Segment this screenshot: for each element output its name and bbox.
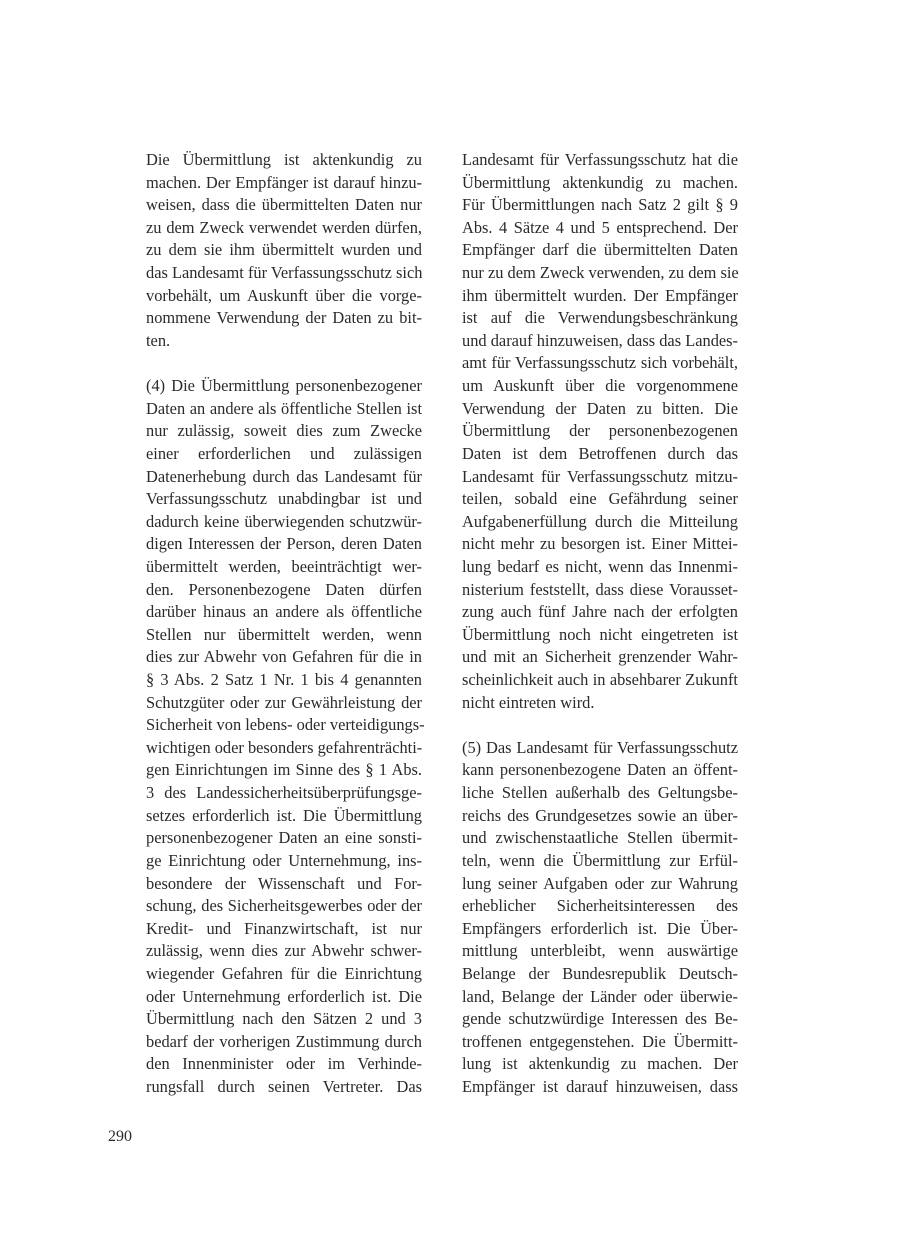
text-line: Datenerhebung durch das Landesamt für bbox=[146, 466, 422, 489]
text-line: Für Übermittlungen nach Satz 2 gilt § 9 bbox=[462, 194, 738, 217]
text-line: Sicherheit von lebens- oder verteidigung… bbox=[146, 714, 422, 737]
text-line: land, Belange der Länder oder überwie- bbox=[462, 986, 738, 1009]
text-line: Aufgabenerfüllung durch die Mitteilung bbox=[462, 511, 738, 534]
text-line: schung, des Sicherheitsgewerbes oder der bbox=[146, 895, 422, 918]
text-line: (4) Die Übermittlung personenbezogener bbox=[146, 375, 422, 398]
text-line: 3 des Landessicherheitsüberprüfungsge- bbox=[146, 782, 422, 805]
text-line: § 3 Abs. 2 Satz 1 Nr. 1 bis 4 genannten bbox=[146, 669, 422, 692]
page-number: 290 bbox=[108, 1128, 132, 1146]
text-line: Übermittlung aktenkundig zu machen. bbox=[462, 172, 738, 195]
text-line: digen Interessen der Person, deren Daten bbox=[146, 533, 422, 556]
paragraph: (5) Das Landesamt für Verfassungsschutzk… bbox=[462, 737, 738, 1099]
paragraph: Landesamt für Verfassungsschutz hat dieÜ… bbox=[462, 149, 738, 714]
text-line: besondere der Wissenschaft und For- bbox=[146, 873, 422, 896]
text-line: und zwischenstaatliche Stellen übermit- bbox=[462, 827, 738, 850]
text-line: Landesamt für Verfassungsschutz hat die bbox=[462, 149, 738, 172]
text-line: nicht eintreten wird. bbox=[462, 692, 738, 715]
text-line: machen. Der Empfänger ist darauf hinzu- bbox=[146, 172, 422, 195]
text-line: und darauf hinzuweisen, dass das Landes- bbox=[462, 330, 738, 353]
text-line: den. Personenbezogene Daten dürfen bbox=[146, 579, 422, 602]
text-line: lung seiner Aufgaben oder zur Wahrung bbox=[462, 873, 738, 896]
text-line: wichtigen oder besonders gefahrenträchti… bbox=[146, 737, 422, 760]
text-line: bedarf der vorherigen Zustimmung durch bbox=[146, 1031, 422, 1054]
text-line: das Landesamt für Verfassungsschutz sich bbox=[146, 262, 422, 285]
text-line: oder Unternehmung erforderlich ist. Die bbox=[146, 986, 422, 1009]
text-line: zung auch fünf Jahre nach der erfolgten bbox=[462, 601, 738, 624]
text-line: übermittelt werden, beeinträchtigt wer- bbox=[146, 556, 422, 579]
text-line: Empfänger ist darauf hinzuweisen, dass bbox=[462, 1076, 738, 1099]
text-line: weisen, dass die übermittelten Daten nur bbox=[146, 194, 422, 217]
text-line: ge Einrichtung oder Unternehmung, ins- bbox=[146, 850, 422, 873]
text-line: kann personenbezogene Daten an öffent- bbox=[462, 759, 738, 782]
text-line: wiegender Gefahren für die Einrichtung bbox=[146, 963, 422, 986]
left-text-column: Die Übermittlung ist aktenkundig zumache… bbox=[146, 149, 422, 1099]
text-line: gende schutzwürdige Interessen des Be- bbox=[462, 1008, 738, 1031]
text-line: rungsfall durch seinen Vertreter. Das bbox=[146, 1076, 422, 1099]
paragraph: Die Übermittlung ist aktenkundig zumache… bbox=[146, 149, 422, 352]
text-line: lung ist aktenkundig zu machen. Der bbox=[462, 1053, 738, 1076]
text-line: teln, wenn die Übermittlung zur Erfül- bbox=[462, 850, 738, 873]
text-line: zu dem sie ihm übermittelt wurden und bbox=[146, 239, 422, 262]
text-line: Abs. 4 Sätze 4 und 5 entsprechend. Der bbox=[462, 217, 738, 240]
text-line: ihm übermittelt wurden. Der Empfänger bbox=[462, 285, 738, 308]
text-line: Kredit- und Finanzwirtschaft, ist nur bbox=[146, 918, 422, 941]
text-line: teilen, sobald eine Gefährdung seiner bbox=[462, 488, 738, 511]
paragraph: (4) Die Übermittlung personenbezogenerDa… bbox=[146, 375, 422, 1099]
text-line: darüber hinaus an andere als öffentliche bbox=[146, 601, 422, 624]
text-line: nur zulässig, soweit dies zum Zwecke bbox=[146, 420, 422, 443]
text-line: ist auf die Verwendungsbeschränkung bbox=[462, 307, 738, 330]
paragraph-gap bbox=[146, 352, 422, 375]
text-line: gen Einrichtungen im Sinne des § 1 Abs. bbox=[146, 759, 422, 782]
text-line: zu dem Zweck verwendet werden dürfen, bbox=[146, 217, 422, 240]
text-line: Empfänger darf die übermittelten Daten bbox=[462, 239, 738, 262]
right-text-column: Landesamt für Verfassungsschutz hat dieÜ… bbox=[462, 149, 738, 1099]
text-line: Empfängers erforderlich ist. Die Über- bbox=[462, 918, 738, 941]
text-line: liche Stellen außerhalb des Geltungsbe- bbox=[462, 782, 738, 805]
text-line: Daten ist dem Betroffenen durch das bbox=[462, 443, 738, 466]
text-line: reichs des Grundgesetzes sowie an über- bbox=[462, 805, 738, 828]
text-line: nisterium feststellt, dass diese Vorauss… bbox=[462, 579, 738, 602]
text-line: amt für Verfassungsschutz sich vorbehält… bbox=[462, 352, 738, 375]
text-line: personenbezogener Daten an eine sonsti- bbox=[146, 827, 422, 850]
text-line: vorbehält, um Auskunft über die vorge- bbox=[146, 285, 422, 308]
text-line: einer erforderlichen und zulässigen bbox=[146, 443, 422, 466]
text-line: dies zur Abwehr von Gefahren für die in bbox=[146, 646, 422, 669]
text-line: zulässig, wenn dies zur Abwehr schwer- bbox=[146, 940, 422, 963]
text-line: Schutzgüter oder zur Gewährleistung der bbox=[146, 692, 422, 715]
text-line: setzes erforderlich ist. Die Übermittlun… bbox=[146, 805, 422, 828]
text-line: Die Übermittlung ist aktenkundig zu bbox=[146, 149, 422, 172]
text-line: Übermittlung noch nicht eingetreten ist bbox=[462, 624, 738, 647]
text-line: (5) Das Landesamt für Verfassungsschutz bbox=[462, 737, 738, 760]
text-line: erheblicher Sicherheitsinteressen des bbox=[462, 895, 738, 918]
paragraph-gap bbox=[462, 714, 738, 737]
text-line: den Innenminister oder im Verhinde- bbox=[146, 1053, 422, 1076]
text-line: scheinlichkeit auch in absehbarer Zukunf… bbox=[462, 669, 738, 692]
text-line: troffenen entgegenstehen. Die Übermitt- bbox=[462, 1031, 738, 1054]
text-line: nommene Verwendung der Daten zu bit- bbox=[146, 307, 422, 330]
text-line: ten. bbox=[146, 330, 422, 353]
text-line: lung bedarf es nicht, wenn das Innenmi- bbox=[462, 556, 738, 579]
text-line: Daten an andere als öffentliche Stellen … bbox=[146, 398, 422, 421]
text-line: mittlung unterbleibt, wenn auswärtige bbox=[462, 940, 738, 963]
text-line: dadurch keine überwiegenden schutzwür- bbox=[146, 511, 422, 534]
text-line: um Auskunft über die vorgenommene bbox=[462, 375, 738, 398]
text-line: und mit an Sicherheit grenzender Wahr- bbox=[462, 646, 738, 669]
text-line: nicht mehr zu besorgen ist. Einer Mittei… bbox=[462, 533, 738, 556]
text-line: Stellen nur übermittelt werden, wenn bbox=[146, 624, 422, 647]
text-line: Landesamt für Verfassungsschutz mitzu- bbox=[462, 466, 738, 489]
text-line: Verwendung der Daten zu bitten. Die bbox=[462, 398, 738, 421]
text-line: Verfassungsschutz unabdingbar ist und bbox=[146, 488, 422, 511]
text-line: Belange der Bundesrepublik Deutsch- bbox=[462, 963, 738, 986]
text-line: Übermittlung nach den Sätzen 2 und 3 bbox=[146, 1008, 422, 1031]
text-line: nur zu dem Zweck verwenden, zu dem sie bbox=[462, 262, 738, 285]
text-line: Übermittlung der personenbezogenen bbox=[462, 420, 738, 443]
document-page: Die Übermittlung ist aktenkundig zumache… bbox=[0, 0, 900, 1233]
